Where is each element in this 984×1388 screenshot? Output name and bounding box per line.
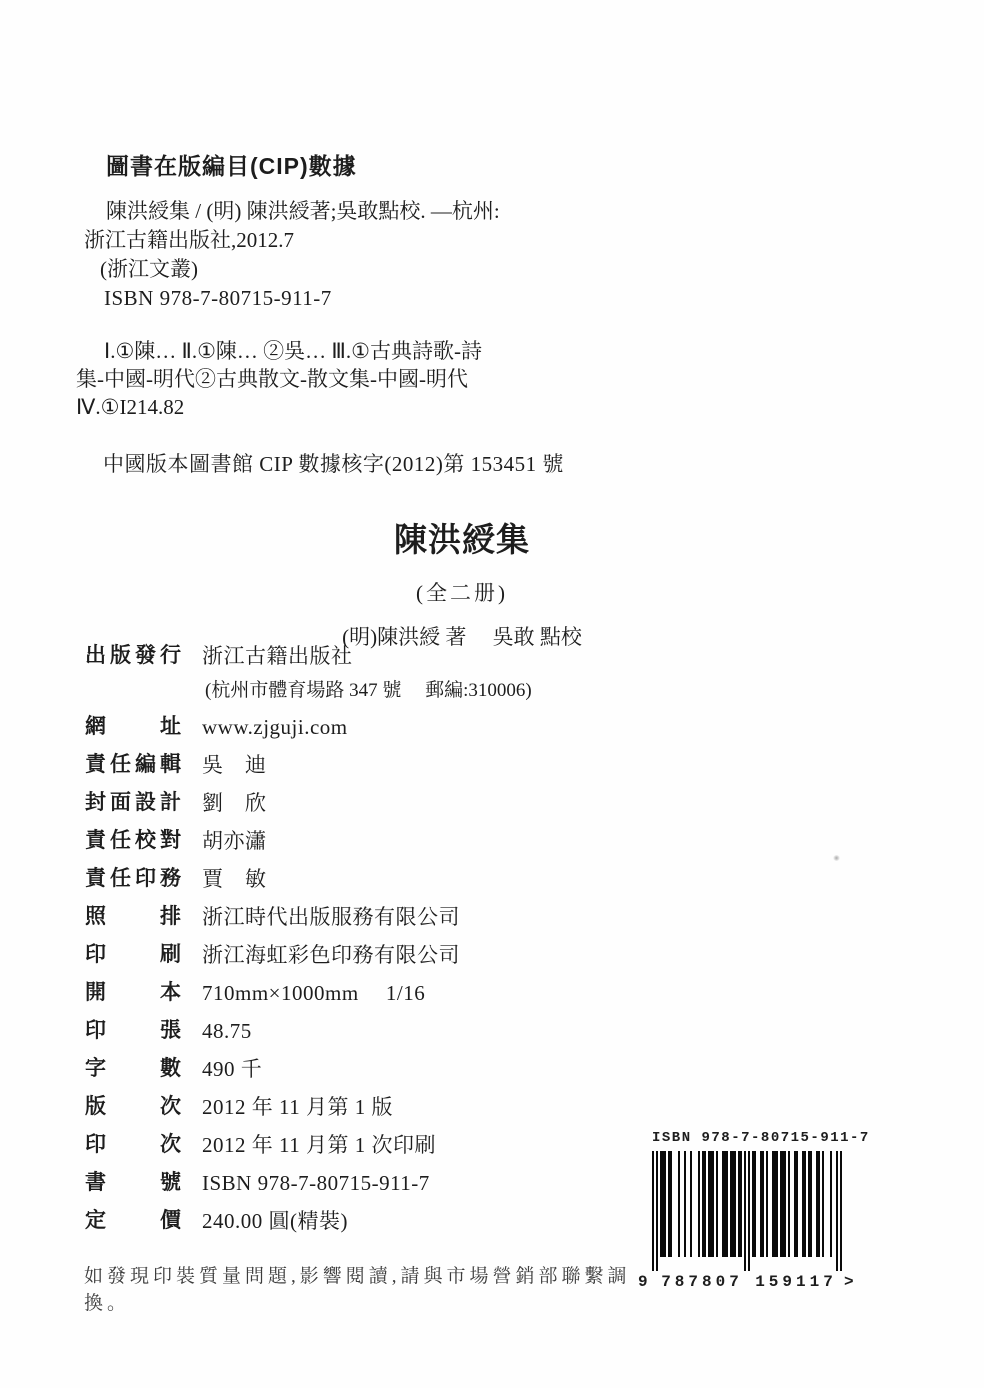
publisher-address-note: (杭州市體育場路 347 號 郵編:310006) bbox=[205, 680, 705, 702]
info-value: 240.00 圓(精裝) bbox=[202, 1209, 348, 1233]
copyright-page: 圖書在版編目(CIP)數據 陳洪綬集 / (明) 陳洪綬著;吳敢點校. —杭州:… bbox=[0, 0, 984, 1388]
info-row-website: 網址www.zjguji.com bbox=[85, 715, 705, 739]
info-label: 定價 bbox=[85, 1209, 181, 1233]
cip-block: 陳洪綬集 / (明) 陳洪綬著;吳敢點校. —杭州: 浙江古籍出版社,2012.… bbox=[84, 197, 654, 313]
info-value: 710mm×1000mm 1/16 bbox=[202, 981, 425, 1005]
scan-speck-artifact bbox=[833, 855, 840, 861]
quality-replacement-note: 如發現印裝質量問題,影響閱讀,請與市場營銷部聯繫調換。 bbox=[84, 1261, 644, 1315]
info-label: 出版發行 bbox=[85, 644, 181, 668]
info-label: 開本 bbox=[85, 981, 181, 1005]
info-label: 印刷 bbox=[85, 943, 181, 967]
info-row-printing: 印刷浙江海虹彩色印務有限公司 bbox=[85, 943, 705, 967]
cip-line: (浙江文叢) bbox=[84, 255, 654, 284]
barcode-digit-first: 9 bbox=[638, 1273, 648, 1291]
cip-line: 浙江古籍出版社,2012.7 bbox=[84, 226, 654, 255]
publication-info-list: 出版發行浙江古籍出版社 (杭州市體育場路 347 號 郵編:310006) 網址… bbox=[85, 644, 705, 1247]
info-label: 照排 bbox=[85, 905, 181, 929]
info-row-edition: 版次2012 年 11 月第 1 版 bbox=[85, 1095, 705, 1119]
info-label: 責任印務 bbox=[85, 867, 181, 891]
book-title: 陳洪綬集 bbox=[0, 514, 924, 561]
classification-line: 集-中國-明代②古典散文-散文集-中國-明代 bbox=[76, 365, 660, 393]
classification-line: Ⅳ.①I214.82 bbox=[76, 393, 660, 421]
info-value: ISBN 978-7-80715-911-7 bbox=[202, 1171, 430, 1195]
info-row-publisher: 出版發行浙江古籍出版社 bbox=[85, 644, 705, 668]
info-label: 責任校對 bbox=[85, 829, 181, 853]
info-row-print-supervisor: 責任印務賈 敏 bbox=[85, 867, 705, 891]
info-label: 書號 bbox=[85, 1171, 181, 1195]
info-label: 封面設計 bbox=[85, 791, 181, 815]
info-value: 490 千 bbox=[202, 1057, 262, 1081]
cip-heading: 圖書在版編目(CIP)數據 bbox=[106, 148, 357, 181]
info-label: 印次 bbox=[85, 1133, 181, 1157]
info-row-format: 開本710mm×1000mm 1/16 bbox=[85, 981, 705, 1005]
barcode-digits: 9 787807 159117 > bbox=[652, 1273, 852, 1293]
info-value: 劉 欣 bbox=[202, 791, 267, 815]
info-row-typesetting: 照排浙江時代出版服務有限公司 bbox=[85, 905, 705, 929]
info-label: 印張 bbox=[85, 1019, 181, 1043]
cip-registry-number: 中國版本圖書館 CIP 數據核字(2012)第 153451 號 bbox=[103, 448, 564, 478]
info-value: 胡亦瀟 bbox=[202, 829, 267, 853]
info-value: 吳 迪 bbox=[202, 753, 267, 777]
title-block: 陳洪綬集 (全二册) (明)陳洪綬 著 吳敢 點校 bbox=[0, 514, 924, 651]
info-label: 字數 bbox=[85, 1057, 181, 1081]
barcode-digit-group2: 159117 bbox=[754, 1273, 838, 1291]
barcode-end-mark: > bbox=[844, 1273, 854, 1291]
info-label: 版次 bbox=[85, 1095, 181, 1119]
barcode-bars bbox=[652, 1151, 842, 1273]
info-value: 浙江海虹彩色印務有限公司 bbox=[202, 943, 460, 967]
barcode-isbn-text: ISBN 978-7-80715-911-7 bbox=[652, 1130, 854, 1147]
info-value: www.zjguji.com bbox=[202, 715, 348, 739]
info-row-editor: 責任編輯吳 迪 bbox=[85, 753, 705, 777]
info-label: 責任編輯 bbox=[85, 753, 181, 777]
info-row-proofreader: 責任校對胡亦瀟 bbox=[85, 829, 705, 853]
cip-classification: Ⅰ.①陳… Ⅱ.①陳… ②吳… Ⅲ.①古典詩歌-詩 集-中國-明代②古典散文-散… bbox=[76, 337, 660, 421]
info-row-cover-design: 封面設計劉 欣 bbox=[85, 791, 705, 815]
info-value: 賈 敏 bbox=[202, 867, 267, 891]
info-row-impression: 印次2012 年 11 月第 1 次印刷 bbox=[85, 1133, 705, 1157]
classification-line: Ⅰ.①陳… Ⅱ.①陳… ②吳… Ⅲ.①古典詩歌-詩 bbox=[76, 337, 660, 365]
info-value: 2012 年 11 月第 1 次印刷 bbox=[202, 1133, 436, 1157]
info-row-isbn: 書號ISBN 978-7-80715-911-7 bbox=[85, 1171, 705, 1195]
book-subtitle: (全二册) bbox=[0, 577, 924, 607]
isbn-barcode: ISBN 978-7-80715-911-7 9 787807 159117 > bbox=[644, 1130, 854, 1293]
cip-line: 陳洪綬集 / (明) 陳洪綬著;吳敢點校. —杭州: bbox=[84, 197, 654, 226]
info-value: 48.75 bbox=[202, 1019, 252, 1043]
info-row-price: 定價240.00 圓(精裝) bbox=[85, 1209, 705, 1233]
info-value: 2012 年 11 月第 1 版 bbox=[202, 1095, 393, 1119]
barcode-digit-group1: 787807 bbox=[660, 1273, 744, 1291]
cip-isbn-line: ISBN 978-7-80715-911-7 bbox=[84, 284, 654, 313]
info-value: 浙江時代出版服務有限公司 bbox=[202, 905, 460, 929]
info-row-sheets: 印張48.75 bbox=[85, 1019, 705, 1043]
info-value: 浙江古籍出版社 bbox=[202, 644, 353, 668]
info-row-word-count: 字數490 千 bbox=[85, 1057, 705, 1081]
info-label: 網址 bbox=[85, 715, 181, 739]
